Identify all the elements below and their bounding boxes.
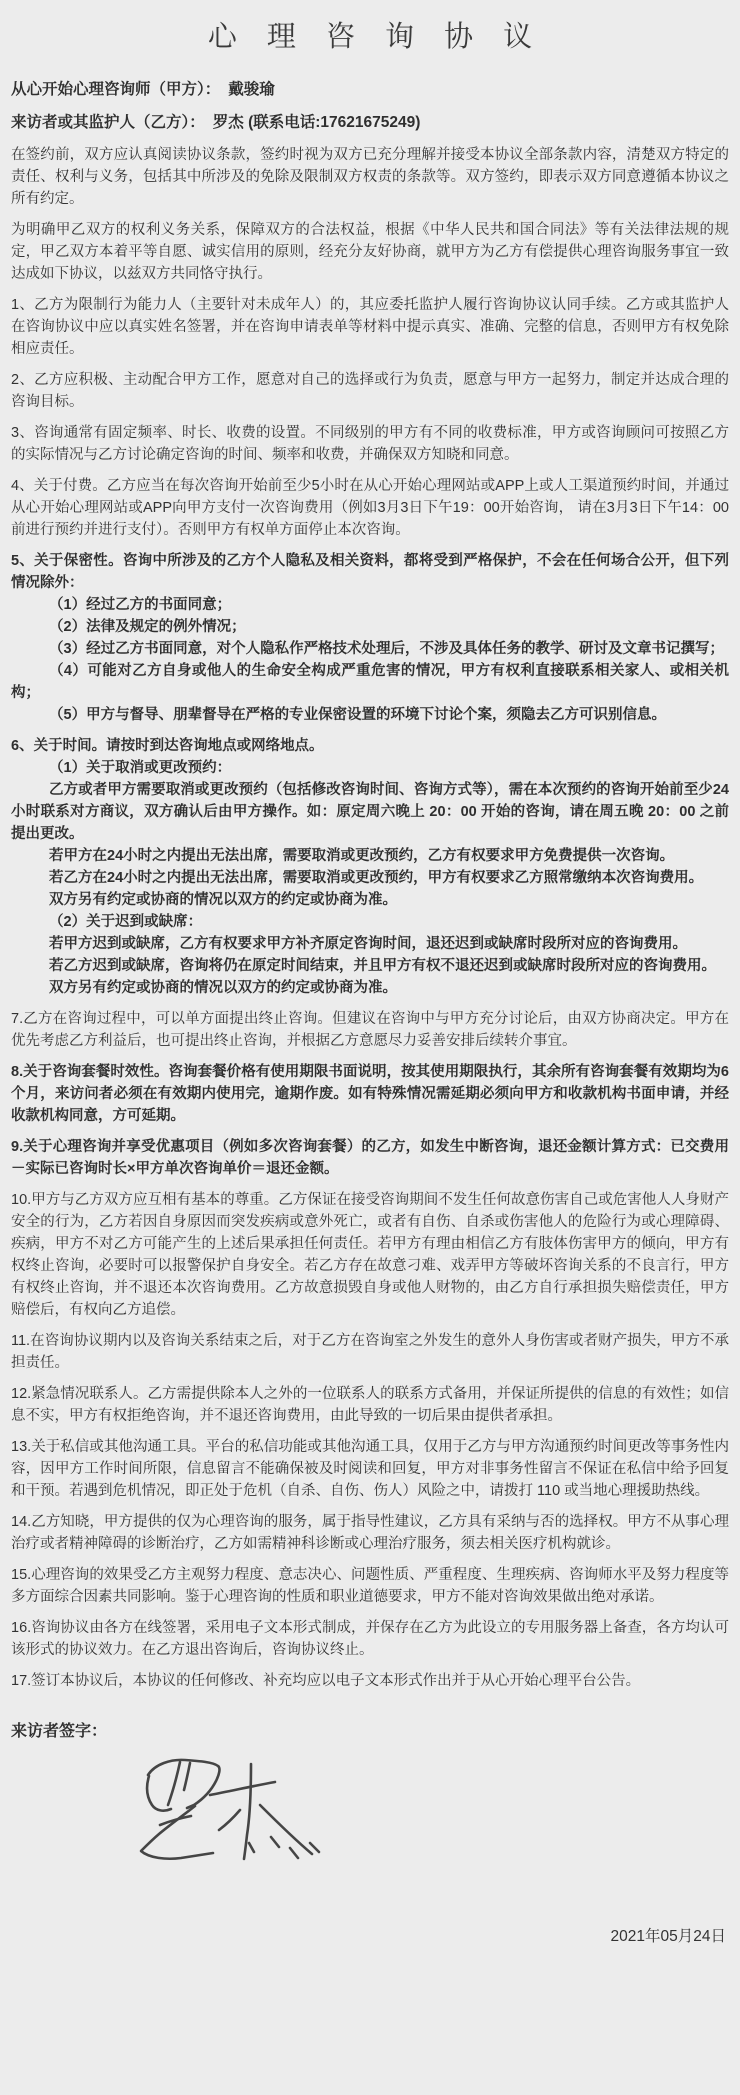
sign-date: 2021年05月24日 [11,1926,729,1948]
signature-stroke [290,1848,298,1858]
agreement-document: 心 理 咨 询 协 议 从心开始心理咨询师（甲方）：戴骏瑜 来访者或其监护人（乙… [0,0,740,2095]
agreement-clause: 双方另有约定或协商的情况以双方的约定或协商为准。 [11,889,729,911]
agreement-clause: 为明确甲乙双方的权利义务关系，保障双方的合法权益，根据《中华人民共和国合同法》等… [11,219,729,285]
agreement-clause: 3、咨询通常有固定频率、时长、收费的设置。不同级别的甲方有不同的收费标准，甲方或… [11,422,729,466]
signature-stroke [184,1763,190,1790]
agreement-clause: 若甲方在24小时之内提出无法出席，需要取消或更改预约，乙方有权要求甲方免费提供一… [11,845,729,867]
agreement-clause: 1、乙方为限制行为能力人（主要针对未成年人）的，其应委托监护人履行咨询协议认同手… [11,294,729,360]
agreement-clause: 5、关于保密性。咨询中所涉及的乙方个人隐私及相关资料，都将受到严格保护，不会在任… [11,550,729,594]
agreement-clause: 11.在咨询协议期内以及咨询关系结束之后，对于乙方在咨询室之外发生的意外人身伤害… [11,1330,729,1374]
party-b-label: 来访者或其监护人（乙方）： [11,114,205,131]
party-b-line: 来访者或其监护人（乙方）：罗杰 (联系电话:17621675249) [11,111,729,135]
agreement-clause: 在签约前，双方应认真阅读协议条款，签约时视为双方已充分理解并接受本协议全部条款内… [11,144,729,210]
agreement-clause: 16.咨询协议由各方在线签署，采用电子文本形式制成，并保存在乙方为此设立的专用服… [11,1617,729,1661]
visitor-signature-label: 来访者签字： [11,1720,729,1744]
agreement-clause: 若乙方迟到或缺席，咨询将仍在原定时间结束，并且甲方有权不退还迟到或缺席时段所对应… [11,955,729,977]
agreement-clause: 12.紧急情况联系人。乙方需提供除本人之外的一位联系人的联系方式备用，并保证所提… [11,1383,729,1427]
agreement-clause: （1）关于取消或更改预约： [11,757,729,779]
agreement-clause: （2）法律及规定的例外情况； [11,616,729,638]
party-a-label: 从心开始心理咨询师（甲方）： [11,81,220,98]
signature-stroke [141,1806,213,1859]
agreement-clause: 6、关于时间。请按时到达咨询地点或网络地点。 [11,735,729,757]
signature-stroke [210,1782,275,1795]
agreement-clause: 13.关于私信或其他沟通工具。平台的私信功能或其他沟通工具，仅用于乙方与甲方沟通… [11,1436,729,1502]
signature-stroke [160,1816,191,1825]
agreement-clause: 8.关于咨询套餐时效性。咨询套餐价格有使用期限书面说明，按其使用期限执行，其余所… [11,1061,729,1127]
agreement-clause: 乙方或者甲方需要取消或更改预约（包括修改咨询时间、咨询方式等），需在本次预约的咨… [11,779,729,845]
agreement-clause: 17.签订本协议后，本协议的任何修改、补充均应以电子文本形式作出并于从心开始心理… [11,1670,729,1692]
agreement-clause: 若乙方在24小时之内提出无法出席，需要取消或更改预约，甲方有权要求乙方照常缴纳本… [11,867,729,889]
agreement-clause: 2、乙方应积极、主动配合甲方工作，愿意对自己的选择或行为负责，愿意与甲方一起努力… [11,369,729,413]
signature-stroke [148,1760,219,1808]
agreement-clause: （2）关于迟到或缺席： [11,911,729,933]
agreement-clause: （1）经过乙方的书面同意； [11,594,729,616]
agreement-clause: 4、关于付费。乙方应当在每次咨询开始前至少5小时在从心开始心理网站或APP上或人… [11,475,729,541]
signature-stroke [249,1843,254,1852]
party-b-contact: (联系电话:17621675249) [248,114,420,131]
agreement-clause: 若甲方迟到或缺席，乙方有权要求甲方补齐原定咨询时间，退还迟到或缺席时段所对应的咨… [11,933,729,955]
agreement-body: 在签约前，双方应认真阅读协议条款，签约时视为双方已充分理解并接受本协议全部条款内… [11,144,729,1692]
party-a-name: 戴骏瑜 [228,81,275,98]
signature-area [133,1750,729,1870]
agreement-clause: 15.心理咨询的效果受乙方主观努力程度、意志决心、问题性质、严重程度、生理疾病、… [11,1564,729,1608]
agreement-clause: 9.关于心理咨询并享受优惠项目（例如多次咨询套餐）的乙方，如发生中断咨询，退还金… [11,1136,729,1180]
party-b-name: 罗杰 [213,114,244,131]
agreement-clause: 7.乙方在咨询过程中，可以单方面提出终止咨询。但建议在咨询中与甲方充分讨论后，由… [11,1008,729,1052]
agreement-clause: （4）可能对乙方自身或他人的生命安全构成严重危害的情况，甲方有权利直接联系相关家… [11,660,729,704]
agreement-clause: 10.甲方与乙方双方应互相有基本的尊重。乙方保证在接受咨询期间不发生任何故意伤害… [11,1189,729,1321]
agreement-clause: （3）经过乙方书面同意，对个人隐私作严格技术处理后，不涉及具体任务的教学、研讨及… [11,638,729,660]
agreement-clause: 双方另有约定或协商的情况以双方的约定或协商为准。 [11,977,729,999]
agreement-clause: （5）甲方与督导、朋辈督导在严格的专业保密设置的环境下讨论个案，须隐去乙方可识别… [11,704,729,726]
signature-stroke [310,1843,319,1852]
page-title: 心 理 咨 询 协 议 [11,16,729,58]
signature-stroke [260,1805,312,1854]
signature-stroke [271,1837,279,1847]
signature-stroke [219,1810,240,1830]
handwritten-signature [133,1750,333,1868]
agreement-clause: 14.乙方知晓，甲方提供的仅为心理咨询的服务，属于指导性建议，乙方具有采纳与否的… [11,1511,729,1555]
signature-stroke [168,1762,180,1805]
party-a-line: 从心开始心理咨询师（甲方）：戴骏瑜 [11,78,729,102]
